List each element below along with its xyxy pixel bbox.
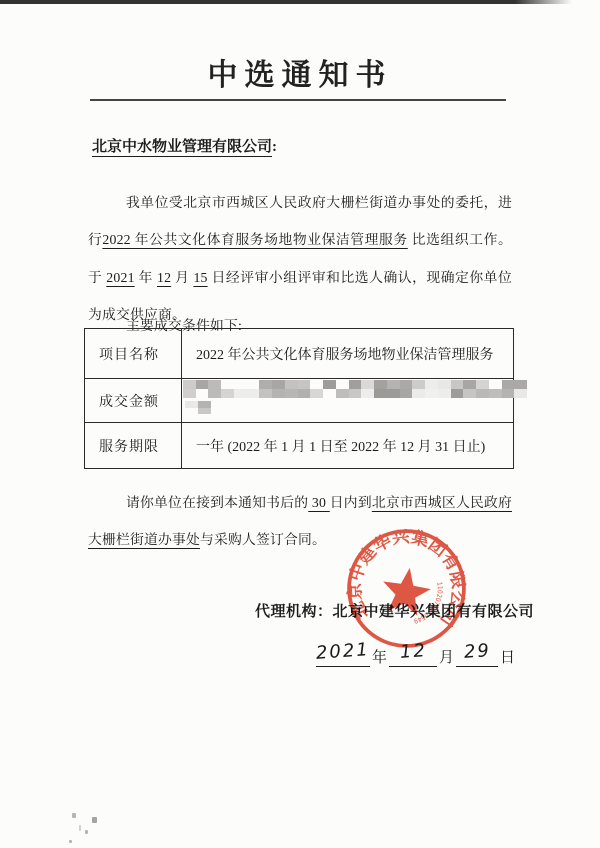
p1-eval-month: 12 <box>157 270 171 285</box>
handwritten-day: 29 <box>463 640 491 663</box>
award-conditions-table: 项目名称 2022 年公共文化体育服务场地物业保洁管理服务 成交金额 服务期限 … <box>84 328 514 469</box>
addressee-line: 北京中水物业管理有限公司: <box>92 135 277 156</box>
p1-month-suffix: 月 <box>171 270 193 285</box>
p1-project-name: 2022 年公共文化体育服务场地物业保洁管理服务 <box>102 232 407 247</box>
scan-speck <box>92 817 97 823</box>
p3-lead: 请你单位在接到本通知书后的 <box>126 495 308 510</box>
row-value-project: 2022 年公共文化体育服务场地物业保洁管理服务 <box>182 329 514 379</box>
seal-star-icon <box>379 564 434 617</box>
agency-label: 代理机构： <box>255 604 333 620</box>
row-label-project: 项目名称 <box>85 329 182 379</box>
table-row-amount: 成交金额 <box>85 379 514 423</box>
body-paragraph-1: 我单位受北京市西城区人民政府大栅栏街道办事处的委托，进行2022 年公共文化体育… <box>88 184 512 334</box>
p3-tail: 与采购人签订合同。 <box>200 532 326 547</box>
scan-edge-artifact <box>0 0 572 4</box>
document-title: 中选通知书 <box>0 50 600 94</box>
scan-speck <box>69 840 72 843</box>
year-suffix: 年 <box>370 646 389 667</box>
row-label-term: 服务期限 <box>85 423 182 469</box>
p1-eval-year: 2021 <box>106 270 134 285</box>
date-day-underline: 29 <box>456 642 498 667</box>
table-row-project: 项目名称 2022 年公共文化体育服务场地物业保洁管理服务 <box>85 329 514 379</box>
p1-eval-day: 15 <box>193 270 207 285</box>
redaction-mosaic-small <box>185 401 211 414</box>
scan-speck <box>72 813 76 818</box>
handwritten-month: 12 <box>399 640 427 663</box>
scan-speck <box>85 830 88 834</box>
signature-date-line: 2021年12月29日 <box>316 642 517 667</box>
row-value-term: 一年 (2022 年 1 月 1 日至 2022 年 12 月 31 日止) <box>182 423 514 469</box>
table-row-term: 服务期限 一年 (2022 年 1 月 1 日至 2022 年 12 月 31 … <box>85 423 514 469</box>
date-year-underline: 2021 <box>316 642 370 667</box>
scan-speck <box>79 825 81 831</box>
title-divider <box>90 99 506 101</box>
addressee-company: 北京中水物业管理有限公司 <box>92 139 272 157</box>
row-value-amount-redacted <box>182 379 514 423</box>
redaction-mosaic <box>183 380 527 398</box>
day-suffix: 日 <box>498 646 517 667</box>
handwritten-year: 2021 <box>315 639 370 664</box>
date-month-underline: 12 <box>389 642 437 667</box>
p1-year-suffix: 年 <box>135 270 157 285</box>
addressee-colon: : <box>272 139 277 155</box>
row-label-amount: 成交金额 <box>85 379 182 423</box>
month-suffix: 月 <box>437 646 456 667</box>
scanned-notice-page: 中选通知书 北京中水物业管理有限公司: 我单位受北京市西城区人民政府大栅栏街道办… <box>0 0 600 848</box>
